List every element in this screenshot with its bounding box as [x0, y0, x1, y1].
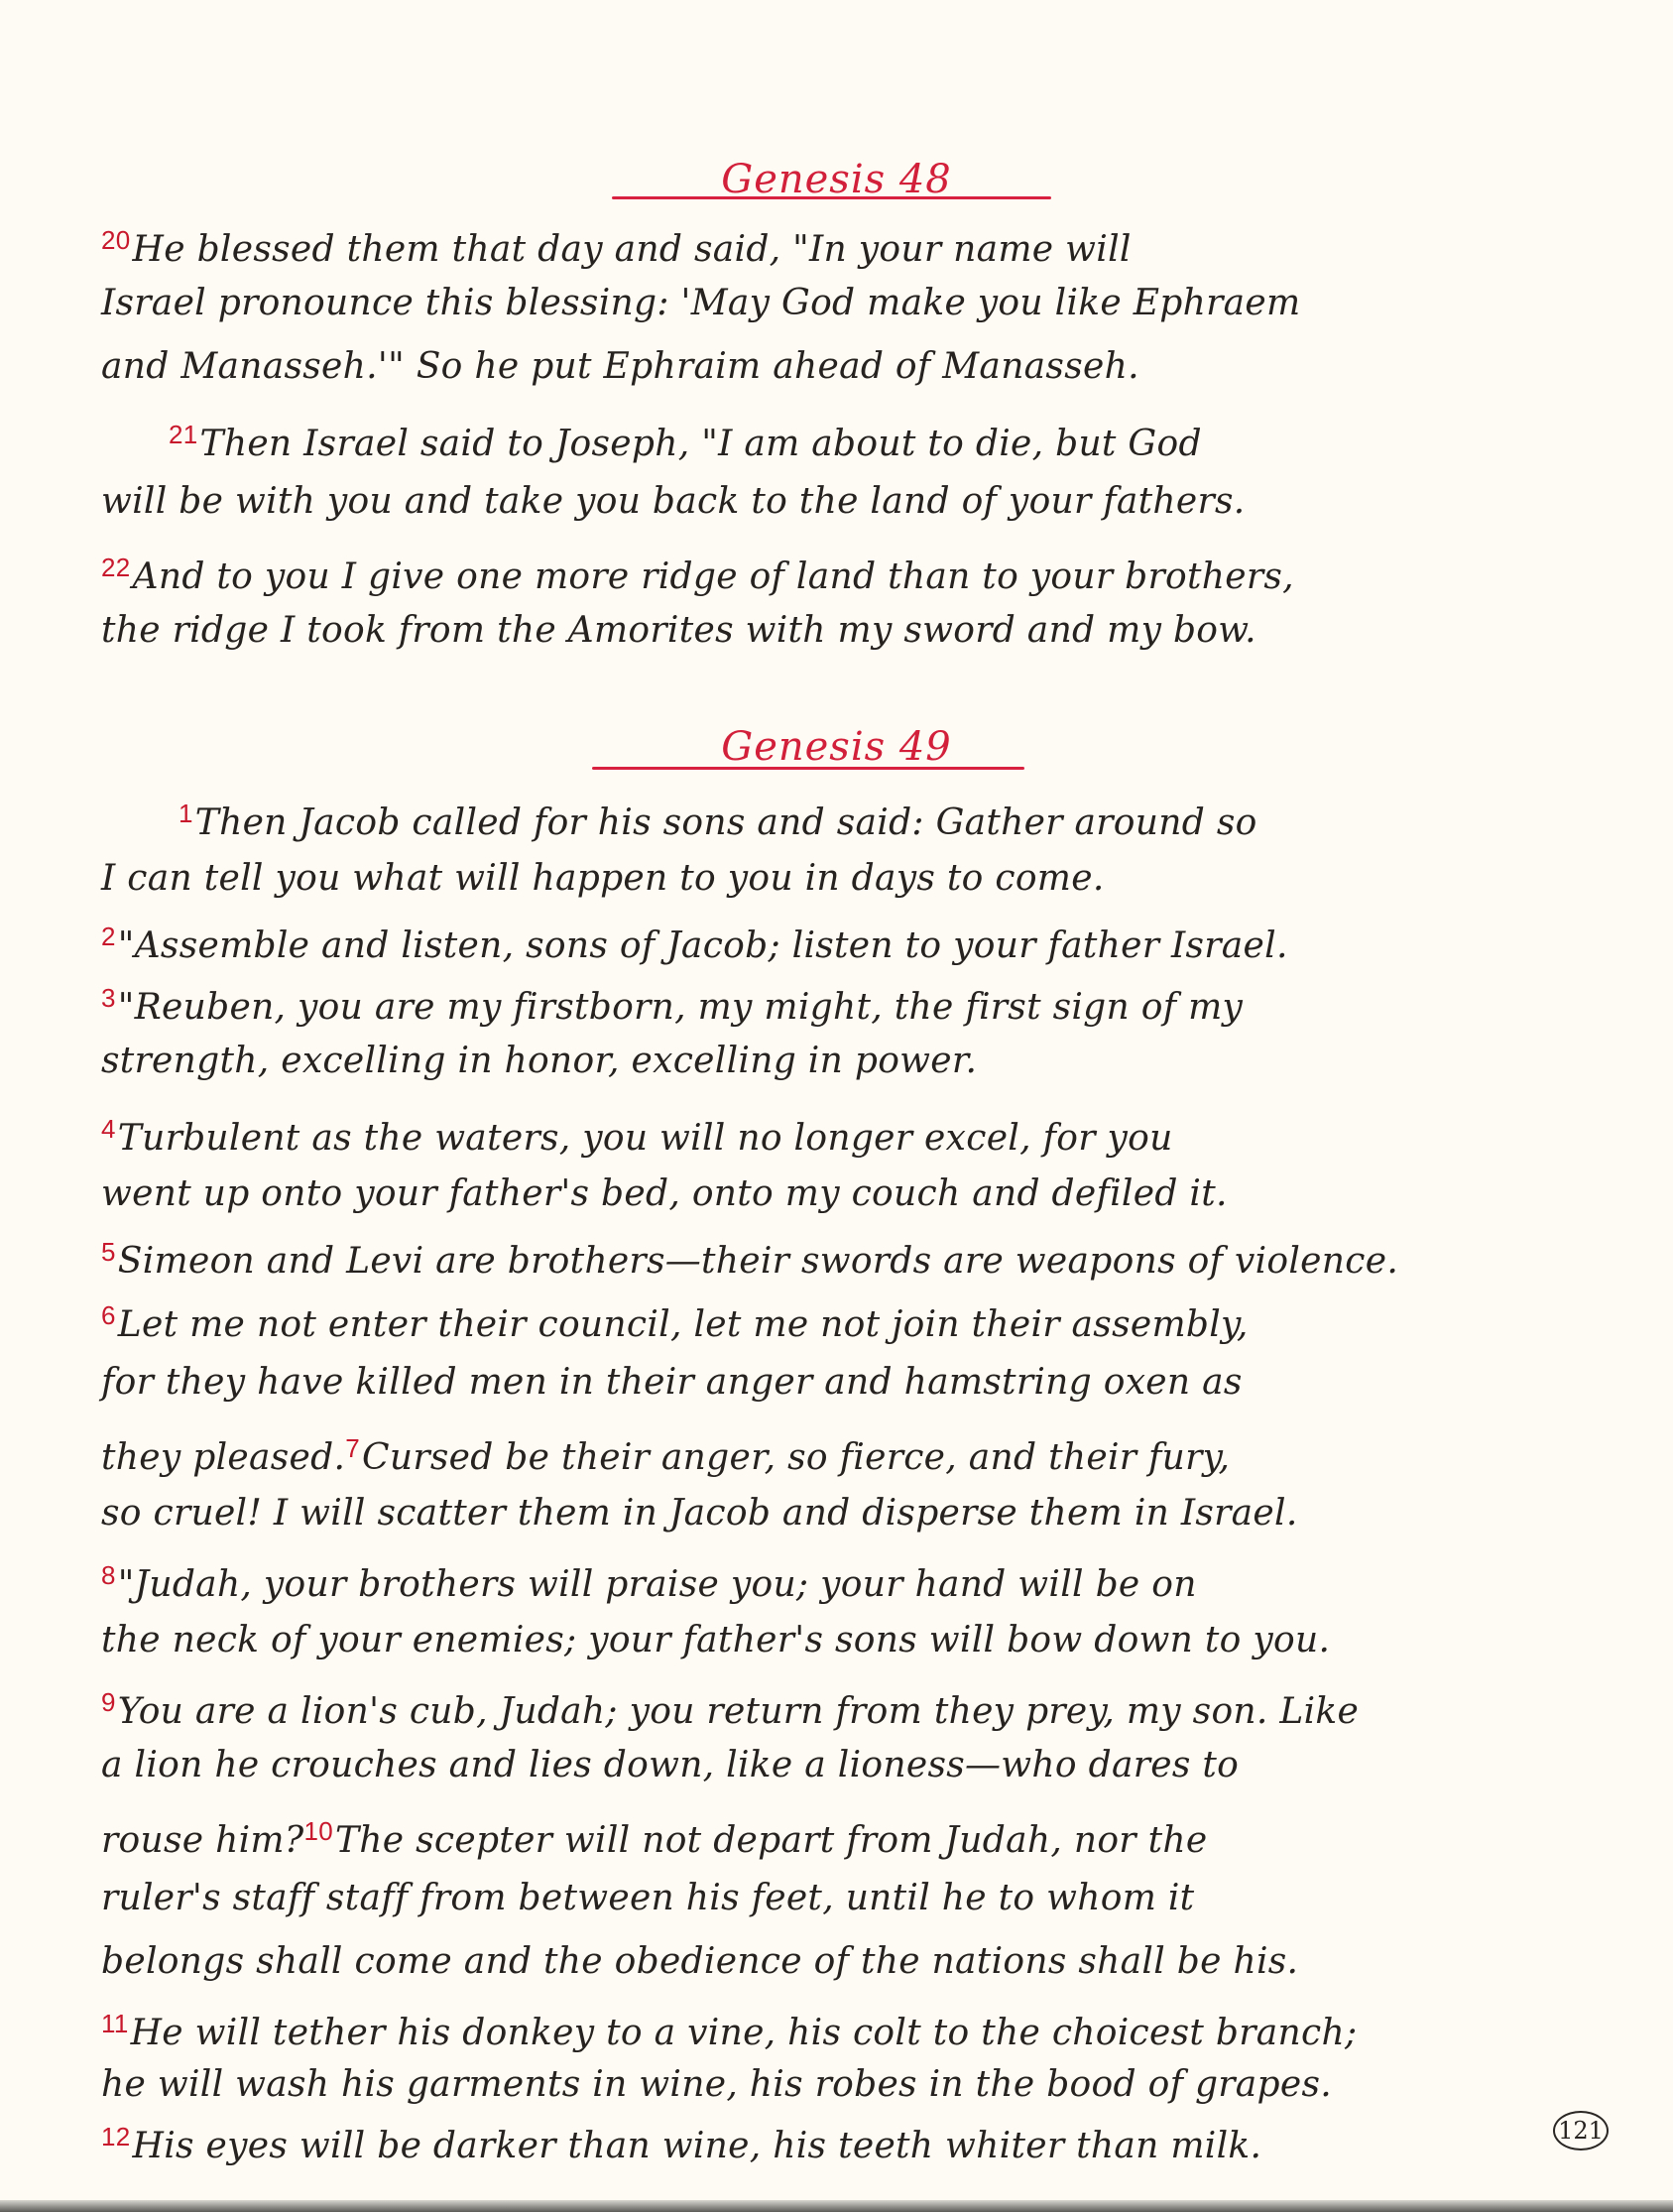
verse-number: 10: [303, 1816, 333, 1846]
verse-number: 2: [101, 922, 116, 951]
text-line: 11He will tether his donkey to a vine, h…: [101, 2004, 1357, 2053]
verse-number: 4: [101, 1114, 116, 1144]
text-line: 8"Judah, your brothers will praise you; …: [101, 1555, 1197, 1605]
text-line: strength, excelling in honor, excelling …: [101, 1042, 977, 1081]
heading-underline: [592, 767, 1024, 770]
text-line: the neck of your enemies; your father's …: [101, 1621, 1330, 1660]
text-line: went up onto your father's bed, onto my …: [101, 1174, 1228, 1214]
verse-number: 12: [101, 2122, 131, 2151]
text-line: ruler's staff staff from between his fee…: [101, 1879, 1194, 1918]
text-line: 12His eyes will be darker than wine, his…: [101, 2117, 1261, 2166]
verse-number: 6: [101, 1300, 116, 1330]
text-line: I can tell you what will happen to you i…: [101, 859, 1105, 899]
scan-edge: [0, 2200, 1673, 2212]
text-line: the ridge I took from the Amorites with …: [101, 611, 1256, 651]
verse-number: 3: [101, 983, 116, 1013]
text-line: will be with you and take you back to th…: [101, 482, 1246, 522]
verse-number: 7: [345, 1433, 360, 1463]
text-line: 1Then Jacob called for his sons and said…: [179, 794, 1257, 843]
text-line: 9You are a lion's cub, Judah; you return…: [101, 1682, 1359, 1732]
text-line: 5Simeon and Levi are brothers—their swor…: [101, 1232, 1398, 1282]
verse-number: 11: [101, 2009, 129, 2038]
text-line: 3"Reuben, you are my firstborn, my might…: [101, 978, 1243, 1028]
text-line: a lion he crouches and lies down, like a…: [101, 1746, 1239, 1785]
verse-number: 22: [101, 553, 131, 582]
text-line: 21Then Israel said to Joseph, "I am abou…: [169, 415, 1202, 464]
text-line: 6Let me not enter their council, let me …: [101, 1295, 1249, 1345]
text-line: 2"Assemble and listen, sons of Jacob; li…: [101, 917, 1288, 966]
text-line: 22And to you I give one more ridge of la…: [101, 548, 1294, 597]
text-line: and Manasseh.'" So he put Ephraim ahead …: [101, 347, 1139, 387]
verse-number: 8: [101, 1560, 116, 1590]
verse-number: 5: [101, 1237, 116, 1267]
verse-number: 21: [169, 420, 198, 449]
heading-underline: [612, 196, 1051, 199]
text-line: rouse him?10The scepter will not depart …: [101, 1811, 1207, 1861]
text-line: they pleased.7Cursed be their anger, so …: [101, 1428, 1230, 1478]
verse-number: 20: [101, 225, 131, 255]
text-line: belongs shall come and the obedience of …: [101, 1942, 1298, 1982]
text-line: he will wash his garments in wine, his r…: [101, 2065, 1332, 2105]
chapter-heading-49: Genesis 49: [0, 724, 1673, 770]
text-line: 4Turbulent as the waters, you will no lo…: [101, 1109, 1173, 1159]
verse-number: 9: [101, 1687, 116, 1717]
manuscript-page: Genesis 48 20He blessed them that day an…: [0, 0, 1673, 2212]
text-line: so cruel! I will scatter them in Jacob a…: [101, 1494, 1298, 1534]
text-line: 20He blessed them that day and said, "In…: [101, 220, 1132, 270]
page-number: 121: [1553, 2111, 1609, 2151]
text-line: Israel pronounce this blessing: 'May God…: [101, 284, 1300, 323]
verse-number: 1: [179, 799, 193, 828]
text-line: for they have killed men in their anger …: [101, 1363, 1243, 1403]
